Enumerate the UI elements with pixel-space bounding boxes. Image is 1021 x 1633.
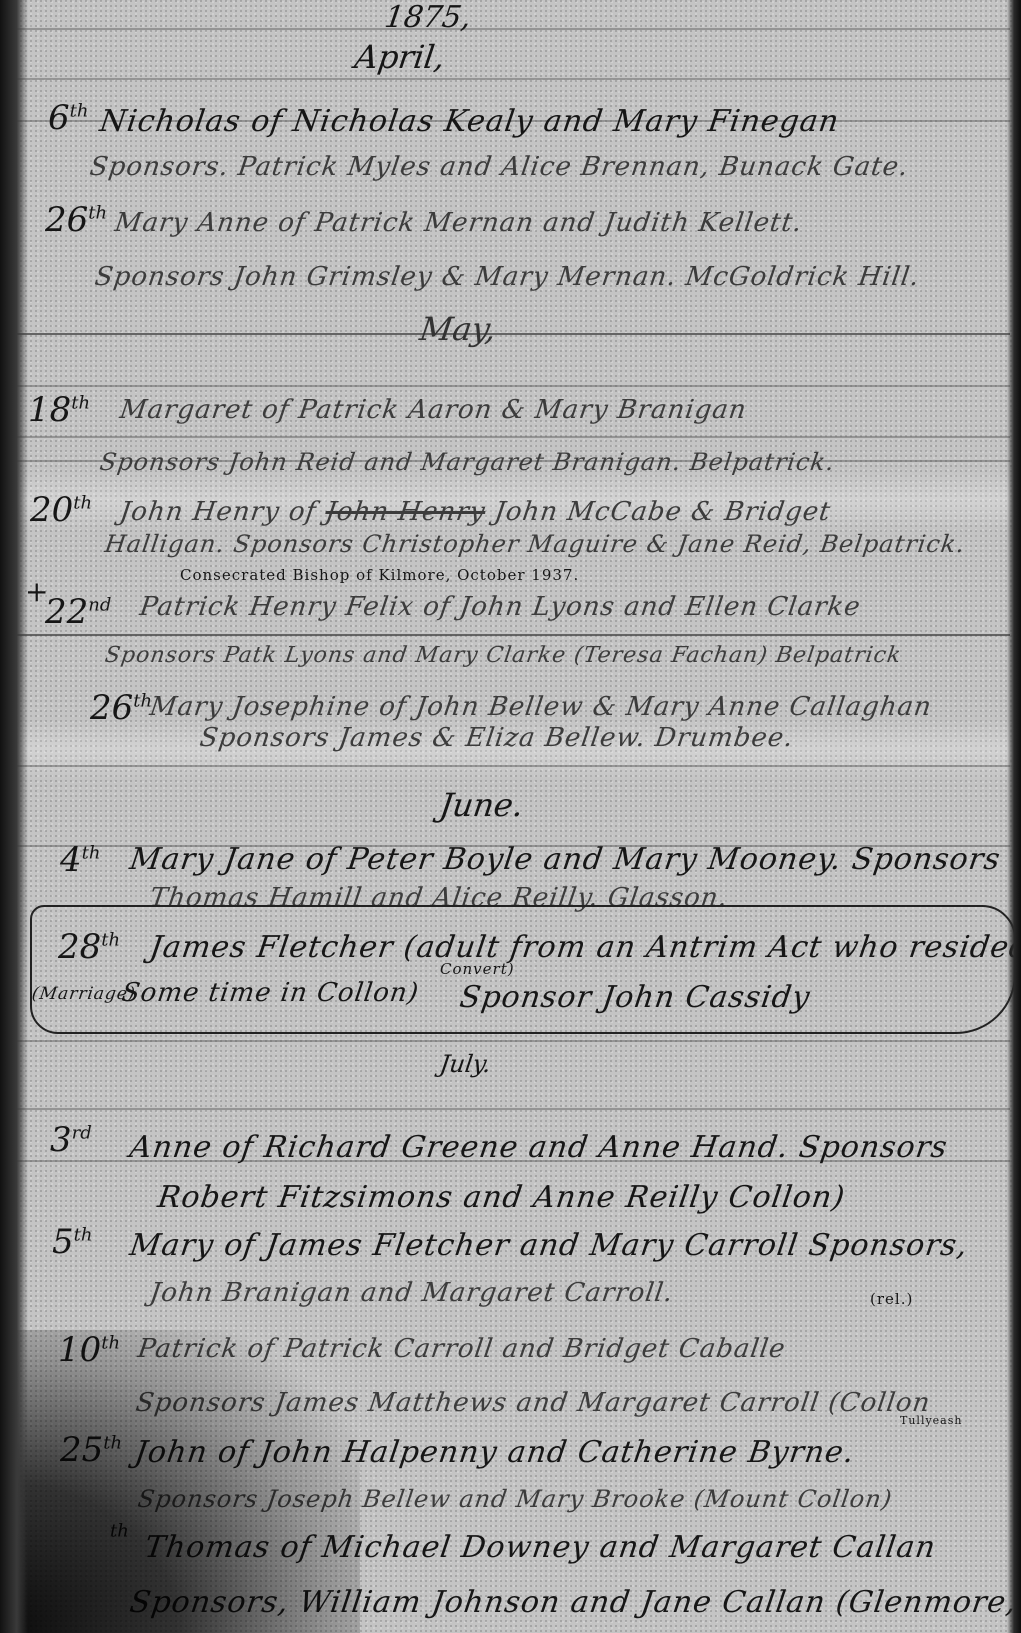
entry-day: 6th: [48, 98, 88, 138]
side-note: (rel.): [870, 1290, 913, 1308]
ruled-line: [0, 333, 1010, 335]
entry-day: 26th: [45, 200, 107, 240]
margin-annotation: Consecrated Bishop of Kilmore, October 1…: [180, 566, 579, 584]
entry-line: Mary Josephine of John Bellew & Mary Ann…: [148, 692, 934, 722]
register-page: 1875, April, 6th Nicholas of Nicholas Ke…: [0, 0, 1021, 1633]
entry-day: 4th: [60, 840, 100, 880]
entry-line: John Henry of John Henry John McCabe & B…: [118, 497, 833, 527]
sponsors-line: Halligan. Sponsors Christopher Maguire &…: [103, 530, 967, 558]
sponsors-line: Sponsors John Reid and Margaret Branigan…: [98, 448, 837, 476]
month-heading-june: June.: [437, 786, 525, 824]
entry-day: 28th: [58, 927, 120, 967]
ruled-line: [0, 28, 1010, 30]
entry-line: Some time in Collon): [120, 978, 421, 1008]
struck-text: John Henry: [323, 497, 487, 527]
binding-shadow: [0, 0, 28, 1633]
page-edge: [1007, 0, 1021, 1633]
entry-day: 22nd: [45, 592, 111, 632]
ruled-line: [0, 634, 1010, 636]
sponsors-line: John Branigan and Margaret Carroll.: [148, 1278, 675, 1308]
ruled-line: [0, 1108, 1010, 1110]
entry-line: Margaret of Patrick Aaron & Mary Braniga…: [118, 395, 749, 425]
entry-line: James Fletcher (adult from an Antrim Act…: [148, 930, 1021, 965]
entry-day: 20th: [30, 490, 92, 530]
entry-line: Mary Jane of Peter Boyle and Mary Mooney…: [128, 842, 1003, 877]
sponsors-line: Sponsors James & Eliza Bellew. Drumbee.: [198, 723, 796, 753]
sponsors-line: Sponsors John Grimsley & Mary Mernan. Mc…: [93, 262, 922, 292]
sponsors-line: Sponsors Patk Lyons and Mary Clarke (Ter…: [103, 643, 903, 668]
sponsors-line: Robert Fitzsimons and Anne Reilly Collon…: [156, 1180, 848, 1215]
sponsors-line: Sponsors. Patrick Myles and Alice Brenna…: [88, 152, 911, 182]
entry-line: Mary of James Fletcher and Mary Carroll …: [128, 1228, 971, 1263]
entry-day: 18th: [28, 390, 90, 430]
entry-line: Anne of Richard Greene and Anne Hand. Sp…: [128, 1130, 950, 1165]
water-stain: [0, 1330, 360, 1633]
ruled-line: [0, 78, 1010, 80]
month-heading-may: May,: [417, 310, 498, 348]
insert-note: Convert): [440, 960, 515, 978]
ruled-line: [0, 1040, 1010, 1042]
side-note: Tullyeash: [900, 1414, 962, 1427]
entry-line: Patrick Henry Felix of John Lyons and El…: [138, 592, 863, 622]
month-heading-april: April,: [352, 38, 447, 76]
entry-line: Mary Anne of Patrick Mernan and Judith K…: [113, 208, 805, 238]
ruled-line: [0, 436, 1010, 438]
year-heading: 1875,: [383, 0, 474, 35]
entry-day: 5th: [52, 1222, 92, 1262]
month-heading-july: July.: [438, 1050, 493, 1078]
sponsors-line: Sponsor John Cassidy: [458, 980, 813, 1015]
entry-line: Nicholas of Nicholas Kealy and Mary Fine…: [98, 104, 842, 139]
entry-day: 3rd: [50, 1120, 92, 1160]
ruled-line: [0, 385, 1010, 387]
ruled-line: [0, 765, 1010, 767]
entry-day: 26th: [90, 688, 152, 728]
